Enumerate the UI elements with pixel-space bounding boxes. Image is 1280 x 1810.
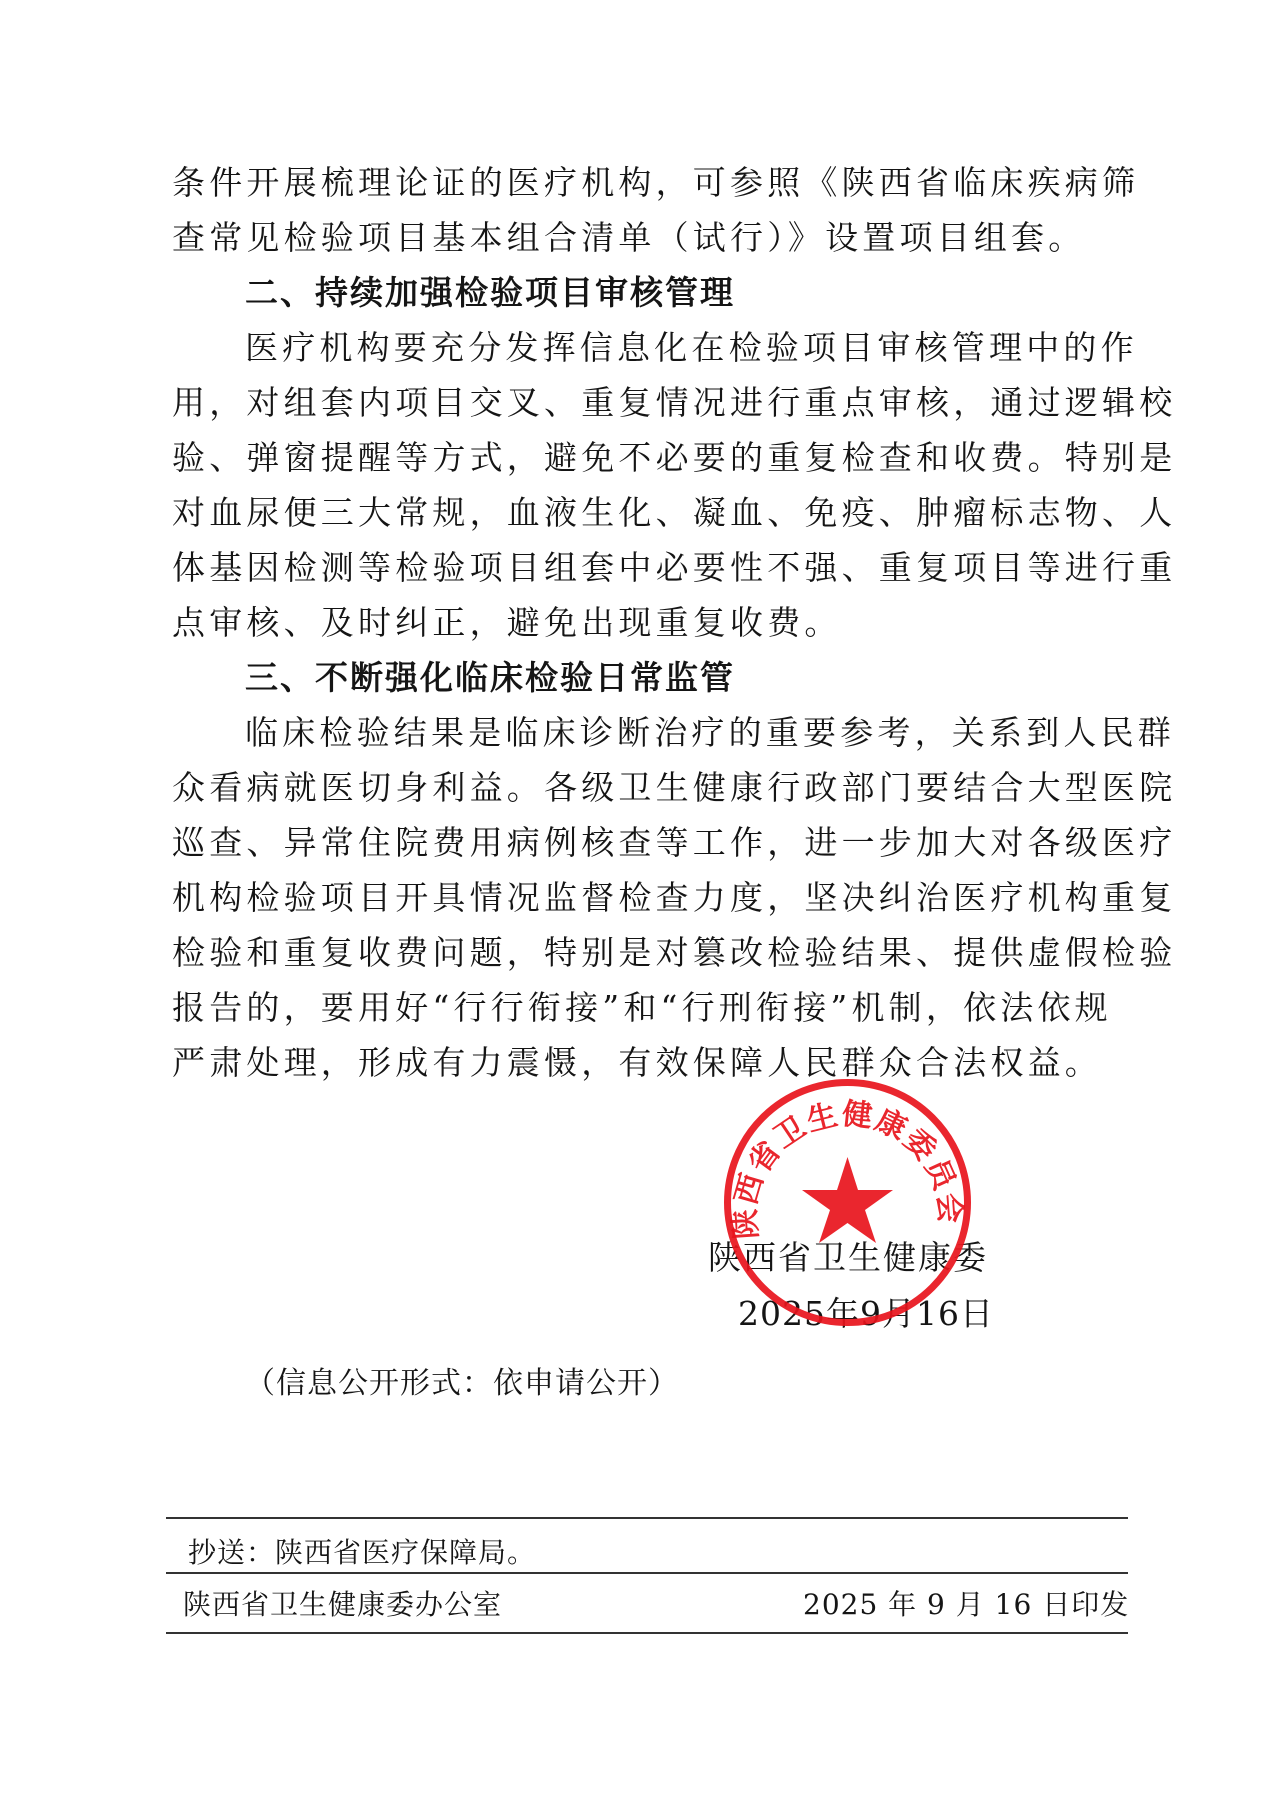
body-text-line: 临床检验结果是临床诊断治疗的重要参考，关系到人民群: [245, 711, 1179, 755]
body-text-line: 众看病就医切身利益。各级卫生健康行政部门要结合大型医院: [172, 766, 1106, 810]
body-text-line: 验、弹窗提醒等方式，避免不必要的重复检查和收费。特别是: [172, 436, 1106, 480]
document-page: 条件开展梳理论证的医疗机构，可参照《陕西省临床疾病筛 查常见检验项目基本组合清单…: [0, 0, 1280, 1810]
section-heading-2: 二、持续加强检验项目审核管理: [245, 271, 1179, 315]
body-text-line: 检验和重复收费问题，特别是对篡改检验结果、提供虚假检验: [172, 931, 1106, 975]
footer-rule-bottom: [166, 1632, 1128, 1634]
official-seal-icon: 陕西省卫生健康委员会: [720, 1075, 975, 1330]
body-text-line: 对血尿便三大常规，血液生化、凝血、免疫、肿瘤标志物、人: [172, 491, 1106, 535]
issuing-office: 陕西省卫生健康委办公室: [183, 1587, 502, 1623]
body-text-line: 点审核、及时纠正，避免出现重复收费。: [172, 601, 1106, 645]
cc-recipients: 抄送：陕西省医疗保障局。: [188, 1535, 536, 1571]
body-text-line: 报告的，要用好“行行衔接”和“行刑衔接”机制，依法依规: [172, 986, 1106, 1030]
body-text-line: 医疗机构要充分发挥信息化在检验项目审核管理中的作: [245, 326, 1179, 370]
body-text-line: 条件开展梳理论证的医疗机构，可参照《陕西省临床疾病筛: [172, 161, 1106, 205]
issue-date: 2025 年 9 月 16 日印发: [803, 1587, 1129, 1623]
footer-rule-top: [166, 1517, 1128, 1519]
disclosure-note: （信息公开形式：依申请公开）: [245, 1362, 679, 1406]
body-text-line: 查常见检验项目基本组合清单（试行）》设置项目组套。: [172, 216, 1106, 260]
body-text-line: 用，对组套内项目交叉、重复情况进行重点审核，通过逻辑校: [172, 381, 1106, 425]
footer-rule-middle: [166, 1572, 1128, 1574]
body-text-line: 巡查、异常住院费用病例核查等工作，进一步加大对各级医疗: [172, 821, 1106, 865]
body-text-line: 体基因检测等检验项目组套中必要性不强、重复项目等进行重: [172, 546, 1106, 590]
section-heading-3: 三、不断强化临床检验日常监管: [245, 656, 1179, 700]
body-text-line: 机构检验项目开具情况监督检查力度，坚决纠治医疗机构重复: [172, 876, 1106, 920]
